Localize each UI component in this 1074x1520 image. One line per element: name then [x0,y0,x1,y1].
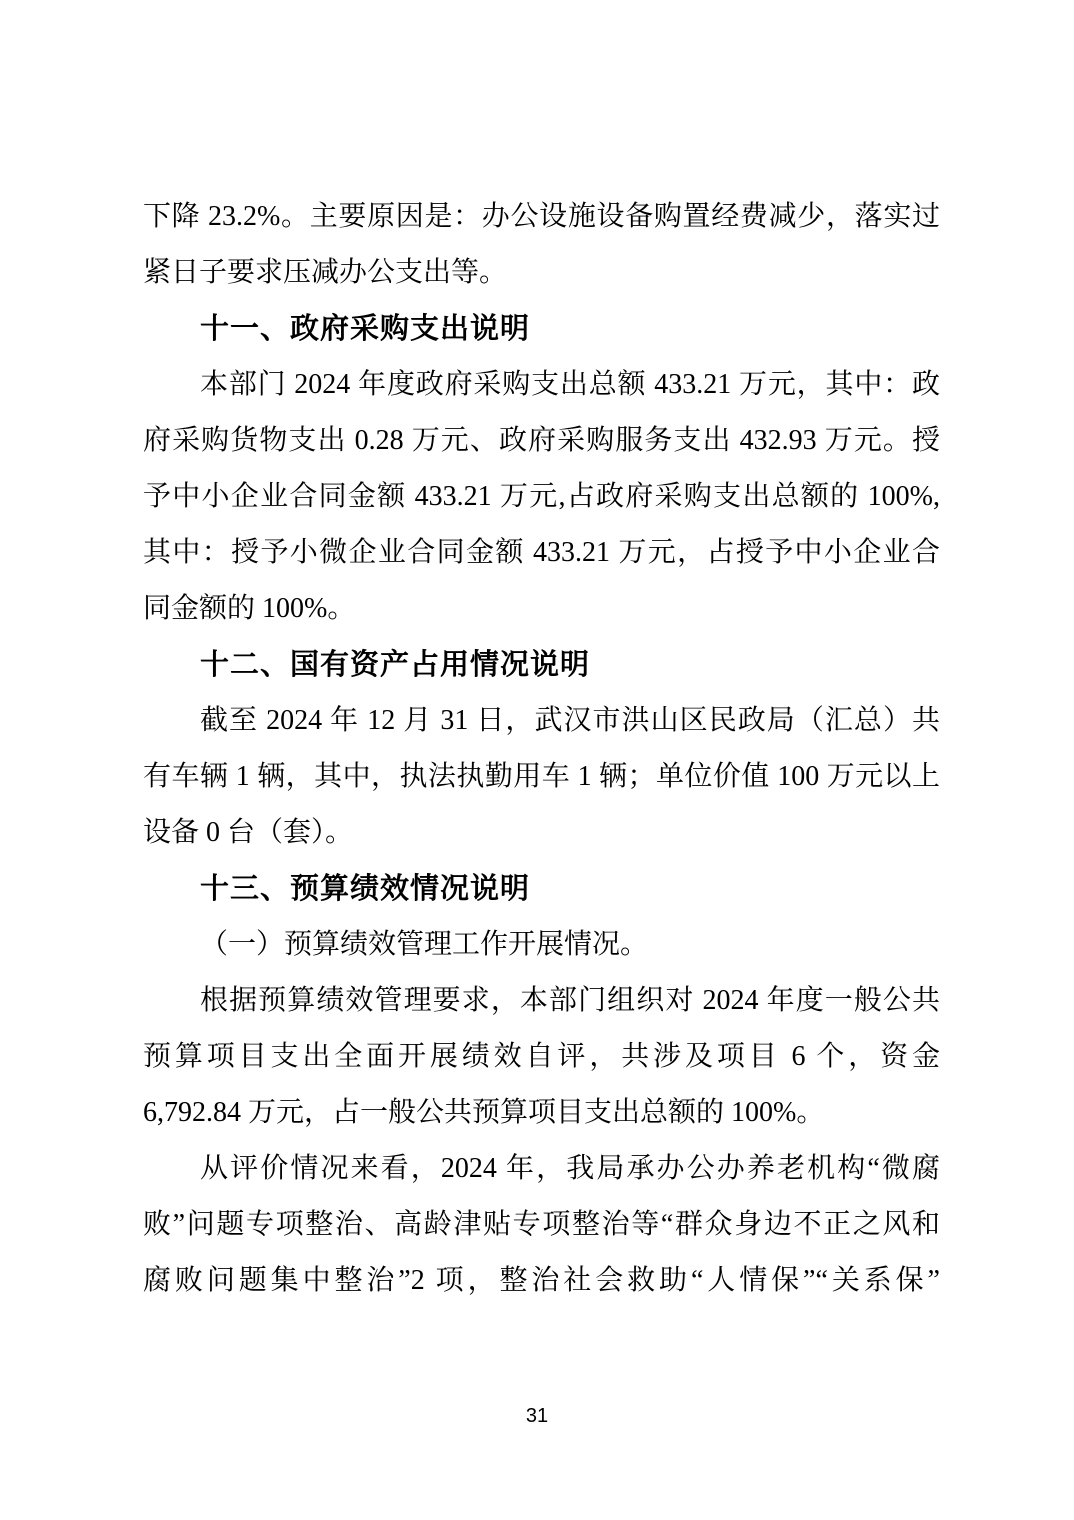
body-line: 设备 0 台（套）。 [143,805,940,861]
body-line: 同金额的 100%。 [143,581,940,637]
page-number: 31 [0,1405,1074,1428]
section-heading-13: 十三、预算绩效情况说明 [143,861,940,917]
body-line: 预算项目支出全面开展绩效自评，共涉及项目 6 个，资金 [143,1029,940,1085]
body-line: 府采购货物支出 0.28 万元、政府采购服务支出 432.93 万元。授 [143,413,940,469]
document-body: 下降 23.2%。主要原因是：办公设施设备购置经费减少，落实过 紧日子要求压减办… [143,189,940,1309]
body-line: 下降 23.2%。主要原因是：办公设施设备购置经费减少，落实过 [143,189,940,245]
body-line: 本部门 2024 年度政府采购支出总额 433.21 万元，其中：政 [143,357,940,413]
body-line: 予中小企业合同金额 433.21 万元,占政府采购支出总额的 100%, [143,469,940,525]
section-heading-12: 十二、国有资产占用情况说明 [143,637,940,693]
body-line: 从评价情况来看，2024 年，我局承办公办养老机构“微腐 [143,1141,940,1197]
body-line: 截至 2024 年 12 月 31 日，武汉市洪山区民政局（汇总）共 [143,693,940,749]
body-line: 其中：授予小微企业合同金额 433.21 万元，占授予中小企业合 [143,525,940,581]
body-line: 腐败问题集中整治”2 项，整治社会救助“人情保”“关系保” [143,1253,940,1309]
section-heading-11: 十一、政府采购支出说明 [143,301,940,357]
body-line: 紧日子要求压减办公支出等。 [143,245,940,301]
body-line: （一）预算绩效管理工作开展情况。 [143,917,940,973]
body-line: 败”问题专项整治、高龄津贴专项整治等“群众身边不正之风和 [143,1197,940,1253]
body-line: 根据预算绩效管理要求，本部门组织对 2024 年度一般公共 [143,973,940,1029]
body-line: 有车辆 1 辆，其中，执法执勤用车 1 辆；单位价值 100 万元以上 [143,749,940,805]
document-page: 下降 23.2%。主要原因是：办公设施设备购置经费减少，落实过 紧日子要求压减办… [0,0,1074,1520]
body-line: 6,792.84 万元，占一般公共预算项目支出总额的 100%。 [143,1085,940,1141]
